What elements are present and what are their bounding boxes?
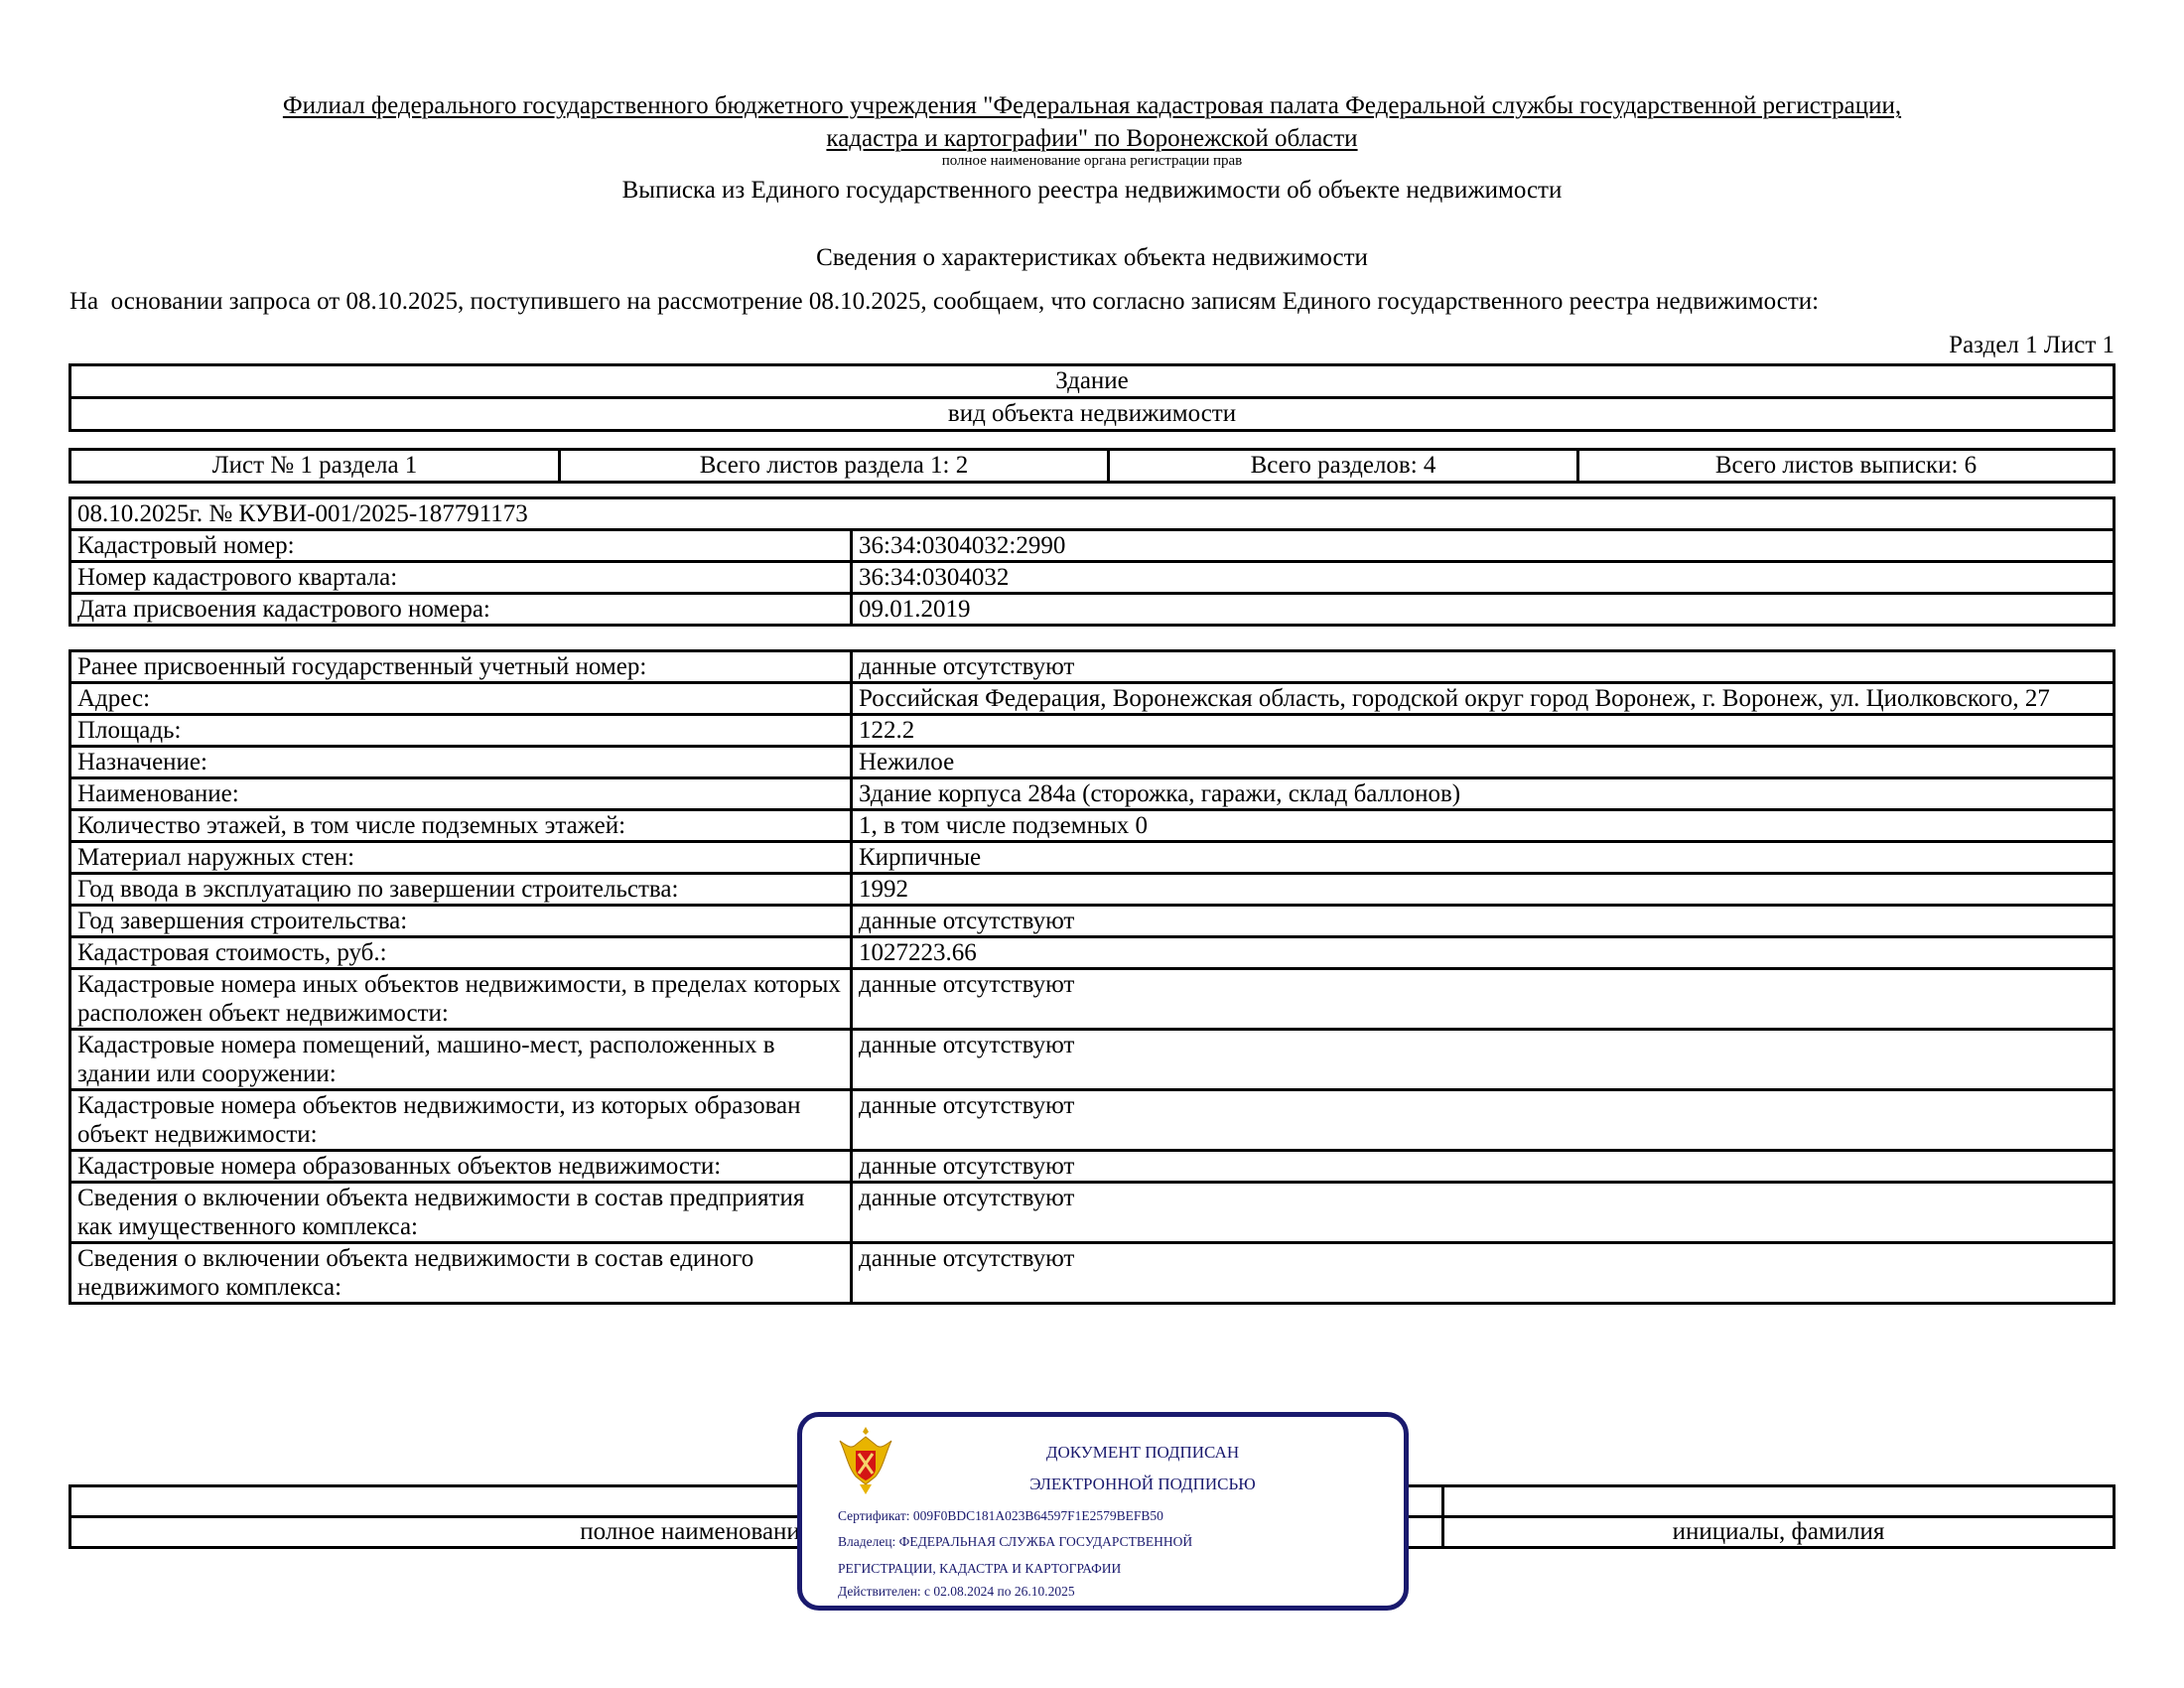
section-title: Сведения о характеристиках объекта недви… <box>99 244 2085 272</box>
row-value: Российская Федерация, Воронежская област… <box>852 683 2115 715</box>
row-label: Кадастровые номера объектов недвижимости… <box>70 1090 852 1151</box>
intro-text: На основании запроса от 08.10.2025, пост… <box>69 288 1819 316</box>
stamp-owner-2: РЕГИСТРАЦИИ, КАДАСТРА И КАРТОГРАФИИ <box>838 1561 1121 1577</box>
organization-name: Филиал федерального государственного бюд… <box>99 89 2085 155</box>
row-label: Назначение: <box>70 747 852 778</box>
row-value: 36:34:0304032:2990 <box>852 530 2115 562</box>
table-row: Кадастровые номера объектов недвижимости… <box>70 1090 2115 1151</box>
row-value: 1, в том числе подземных 0 <box>852 810 2115 842</box>
name-caption: инициалы, фамилия <box>1443 1517 2115 1548</box>
table-row: Дата присвоения кадастрового номера: 09.… <box>70 594 2115 626</box>
row-label: Количество этажей, в том числе подземных… <box>70 810 852 842</box>
electronic-signature-stamp: ДОКУМЕНТ ПОДПИСАН ЭЛЕКТРОННОЙ ПОДПИСЬЮ С… <box>797 1412 1409 1611</box>
record-number: 08.10.2025г. № КУВИ-001/2025-187791173 <box>70 498 2115 530</box>
sheet-number: Лист № 1 раздела 1 <box>70 450 560 483</box>
row-label: Кадастровые номера иных объектов недвижи… <box>70 969 852 1030</box>
table-row: Кадастровая стоимость, руб.:1027223.66 <box>70 937 2115 969</box>
row-label: Наименование: <box>70 778 852 810</box>
section-sheets-total: Всего листов раздела 1: 2 <box>560 450 1109 483</box>
row-value: 1027223.66 <box>852 937 2115 969</box>
object-kind-value: Здание <box>70 365 2115 398</box>
organization-caption: полное наименование органа регистрации п… <box>99 153 2085 170</box>
row-label: Кадастровая стоимость, руб.: <box>70 937 852 969</box>
row-value: данные отсутствуют <box>852 1151 2115 1183</box>
stamp-validity: Действителен: с 02.08.2024 по 26.10.2025 <box>838 1584 1075 1600</box>
table-row: Год завершения строительства:данные отсу… <box>70 906 2115 937</box>
row-label: Материал наружных стен: <box>70 842 852 874</box>
table-row: Кадастровые номера образованных объектов… <box>70 1151 2115 1183</box>
organization-line-1: Филиал федерального государственного бюд… <box>283 92 1901 119</box>
row-label: Кадастровые номера помещений, машино-мес… <box>70 1030 852 1090</box>
row-value: 1992 <box>852 874 2115 906</box>
row-value: Кирпичные <box>852 842 2115 874</box>
document-title: Выписка из Единого государственного реес… <box>99 177 2085 205</box>
row-value: данные отсутствуют <box>852 1090 2115 1151</box>
stamp-title-2: ЭЛЕКТРОННОЙ ПОДПИСЬЮ <box>802 1475 1404 1494</box>
row-value: 122.2 <box>852 715 2115 747</box>
object-kind-caption: вид объекта недвижимости <box>70 398 2115 431</box>
row-value: данные отсутствуют <box>852 651 2115 683</box>
table-row: Номер кадастрового квартала: 36:34:03040… <box>70 562 2115 594</box>
row-value: Здание корпуса 284а (сторожка, гаражи, с… <box>852 778 2115 810</box>
table-row: Кадастровые номера иных объектов недвижи… <box>70 969 2115 1030</box>
table-row: Наименование:Здание корпуса 284а (сторож… <box>70 778 2115 810</box>
table-row: Кадастровый номер: 36:34:0304032:2990 <box>70 530 2115 562</box>
row-label: Сведения о включении объекта недвижимост… <box>70 1243 852 1304</box>
row-value: данные отсутствуют <box>852 1243 2115 1304</box>
table-row: Материал наружных стен:Кирпичные <box>70 842 2115 874</box>
table-row: Год ввода в эксплуатацию по завершении с… <box>70 874 2115 906</box>
stamp-title-1: ДОКУМЕНТ ПОДПИСАН <box>802 1443 1404 1463</box>
name-field <box>1443 1486 2115 1517</box>
row-label: Кадастровый номер: <box>70 530 852 562</box>
stamp-certificate: Сертификат: 009F0BDC181A023B64597F1E2579… <box>838 1508 1163 1524</box>
table-row: Кадастровые номера помещений, машино-мес… <box>70 1030 2115 1090</box>
table-row: Количество этажей, в том числе подземных… <box>70 810 2115 842</box>
table-row: Площадь:122.2 <box>70 715 2115 747</box>
row-label: Адрес: <box>70 683 852 715</box>
row-value: данные отсутствуют <box>852 969 2115 1030</box>
organization-line-2: кадастра и картографии" по Воронежской о… <box>826 125 1357 152</box>
sheet-info-table: Лист № 1 раздела 1 Всего листов раздела … <box>68 448 2116 484</box>
row-label: Площадь: <box>70 715 852 747</box>
table-row: Назначение:Нежилое <box>70 747 2115 778</box>
row-value: данные отсутствуют <box>852 906 2115 937</box>
row-label: Кадастровые номера образованных объектов… <box>70 1151 852 1183</box>
row-value: 36:34:0304032 <box>852 562 2115 594</box>
row-label: Дата присвоения кадастрового номера: <box>70 594 852 626</box>
table-row: Сведения о включении объекта недвижимост… <box>70 1243 2115 1304</box>
row-label: Сведения о включении объекта недвижимост… <box>70 1183 852 1243</box>
extract-sheets-total: Всего листов выписки: 6 <box>1578 450 2115 483</box>
row-label: Год завершения строительства: <box>70 906 852 937</box>
registration-table: 08.10.2025г. № КУВИ-001/2025-187791173 К… <box>68 496 2116 627</box>
row-value: 09.01.2019 <box>852 594 2115 626</box>
row-value: данные отсутствуют <box>852 1030 2115 1090</box>
row-label: Год ввода в эксплуатацию по завершении с… <box>70 874 852 906</box>
sections-total: Всего разделов: 4 <box>1109 450 1578 483</box>
row-value: Нежилое <box>852 747 2115 778</box>
row-label: Ранее присвоенный государственный учетны… <box>70 651 852 683</box>
properties-table: Ранее присвоенный государственный учетны… <box>68 649 2116 1305</box>
stamp-owner-1: Владелец: ФЕДЕРАЛЬНАЯ СЛУЖБА ГОСУДАРСТВЕ… <box>838 1534 1192 1550</box>
table-row: Адрес:Российская Федерация, Воронежская … <box>70 683 2115 715</box>
object-kind-table: Здание вид объекта недвижимости <box>68 363 2116 432</box>
row-label: Номер кадастрового квартала: <box>70 562 852 594</box>
table-row: Сведения о включении объекта недвижимост… <box>70 1183 2115 1243</box>
table-row: Ранее присвоенный государственный учетны… <box>70 651 2115 683</box>
section-reference: Раздел 1 Лист 1 <box>1949 332 2115 359</box>
row-value: данные отсутствуют <box>852 1183 2115 1243</box>
